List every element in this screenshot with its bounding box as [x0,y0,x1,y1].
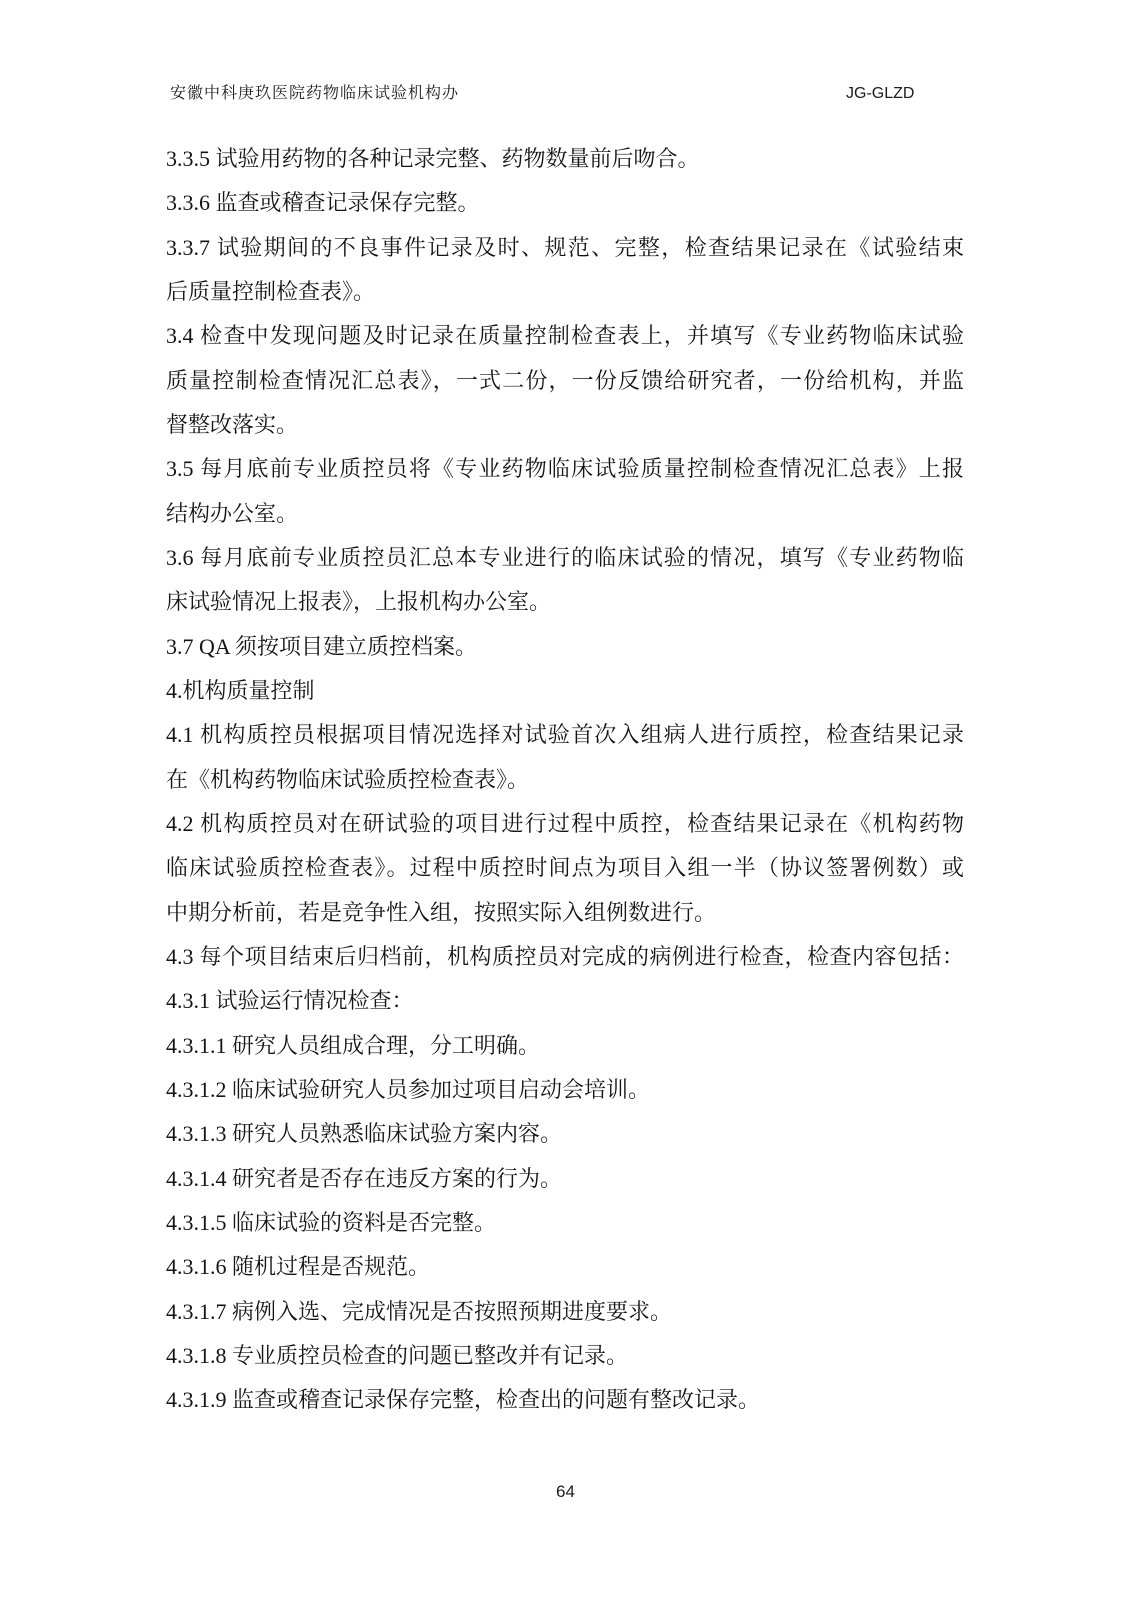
header-doc-code: JG-GLZD [846,84,914,104]
body-line: 4.3.1.7 病例入选、完成情况是否按照预期进度要求。 [166,1290,964,1334]
body-line: 3.7 QA 须按项目建立质控档案。 [166,625,964,669]
body-line: 4.3.1.1 研究人员组成合理，分工明确。 [166,1024,964,1068]
body-line: 在《机构药物临床试验质控检查表》。 [166,758,964,802]
body-line: 4.3.1.6 随机过程是否规范。 [166,1245,964,1289]
body-line: 督整改落实。 [166,403,964,447]
body-line: 3.4 检查中发现问题及时记录在质量控制检查表上，并填写《专业药物临床试验 [166,314,964,358]
body-line: 3.6 每月底前专业质控员汇总本专业进行的临床试验的情况，填写《专业药物临 [166,536,964,580]
body-line: 4.3.1.5 临床试验的资料是否完整。 [166,1201,964,1245]
body-line: 结构办公室。 [166,492,964,536]
body-line: 4.3.1.4 研究者是否存在违反方案的行为。 [166,1157,964,1201]
body-line: 4.3 每个项目结束后归档前，机构质控员对完成的病例进行检查，检查内容包括： [166,935,964,979]
body-line: 床试验情况上报表》，上报机构办公室。 [166,580,964,624]
body-line: 后质量控制检查表》。 [166,270,964,314]
body-line: 3.3.7 试验期间的不良事件记录及时、规范、完整，检查结果记录在《试验结束 [166,226,964,270]
body-line: 质量控制检查情况汇总表》，一式二份，一份反馈给研究者，一份给机构，并监 [166,359,964,403]
page-number: 64 [0,1482,1131,1502]
body-line: 中期分析前，若是竞争性入组，按照实际入组例数进行。 [166,891,964,935]
document-page: 安徽中科庚玖医院药物临床试验机构办 JG-GLZD 3.3.5 试验用药物的各种… [0,0,1131,1600]
body-line: 4.3.1 试验运行情况检查： [166,979,964,1023]
body-line: 3.3.6 监查或稽查记录保存完整。 [166,181,964,225]
header-institution-title: 安徽中科庚玖医院药物临床试验机构办 [170,84,459,104]
body-line: 3.5 每月底前专业质控员将《专业药物临床试验质量控制检查情况汇总表》上报 [166,447,964,491]
body-line: 临床试验质控检查表》。过程中质控时间点为项目入组一半（协议签署例数）或 [166,846,964,890]
document-body: 3.3.5 试验用药物的各种记录完整、药物数量前后吻合。3.3.6 监查或稽查记… [166,137,964,1423]
body-line: 4.3.1.2 临床试验研究人员参加过项目启动会培训。 [166,1068,964,1112]
body-line: 4.机构质量控制 [166,669,964,713]
body-line: 4.3.1.9 监查或稽查记录保存完整，检查出的问题有整改记录。 [166,1378,964,1422]
body-line: 3.3.5 试验用药物的各种记录完整、药物数量前后吻合。 [166,137,964,181]
body-line: 4.3.1.3 研究人员熟悉临床试验方案内容。 [166,1112,964,1156]
body-line: 4.1 机构质控员根据项目情况选择对试验首次入组病人进行质控，检查结果记录 [166,713,964,757]
body-line: 4.3.1.8 专业质控员检查的问题已整改并有记录。 [166,1334,964,1378]
body-line: 4.2 机构质控员对在研试验的项目进行过程中质控，检查结果记录在《机构药物 [166,802,964,846]
